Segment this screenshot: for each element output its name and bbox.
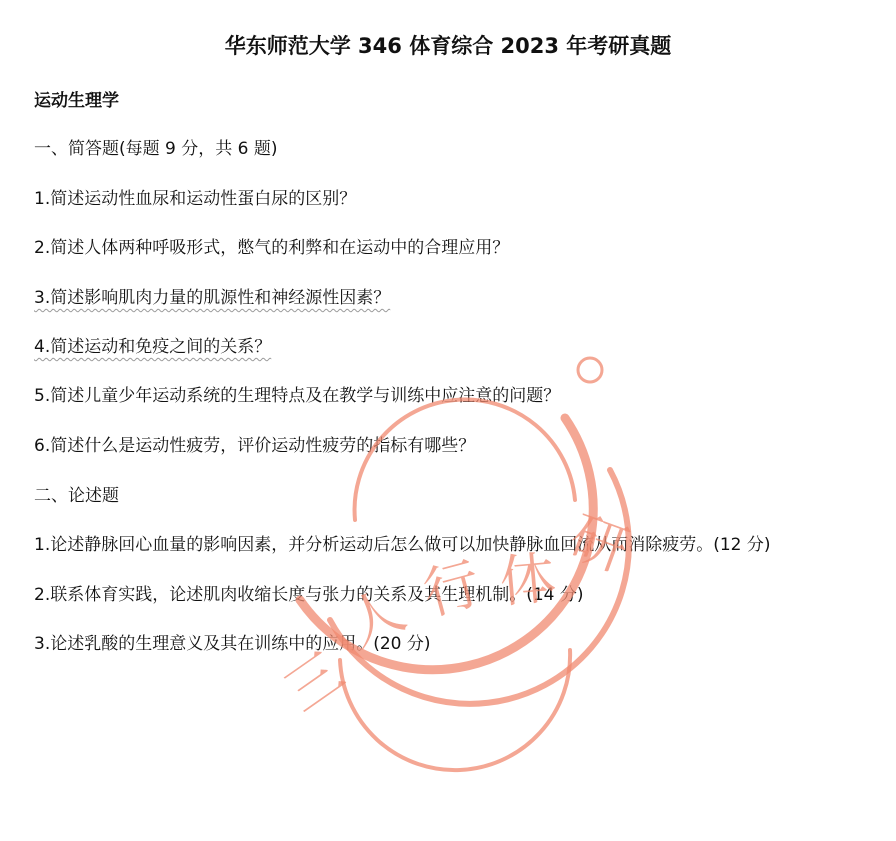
question-item: 2.简述人体两种呼吸形式，憋气的利弊和在运动中的合理应用？ [34, 233, 509, 258]
section-heading-short-answer: 一、简答题(每题 9 分，共 6 题) [34, 134, 278, 159]
question-item: 2.联系体育实践，论述肌肉收缩长度与张力的关系及其生理机制。(14 分) [34, 580, 584, 605]
question-item-spellcheck-underlined: 3.简述影响肌肉力量的肌源性和神经源性因素？ [34, 283, 390, 308]
question-item: 6.简述什么是运动性疲劳，评价运动性疲劳的指标有哪些？ [34, 431, 475, 456]
watermark-small-circle-icon [578, 358, 602, 382]
subject-heading: 运动生理学 [34, 86, 119, 111]
question-item: 1.论述静脉回心血量的影响因素，并分析运动后怎么做可以加快静脉血回流从而消除疲劳… [34, 530, 771, 555]
question-item: 5.简述儿童少年运动系统的生理特点及在教学与训练中应注意的问题？ [34, 381, 560, 406]
question-item: 1.简述运动性血尿和运动性蛋白尿的区别？ [34, 184, 356, 209]
watermark-stamp: 三 人 行 体 研 [0, 0, 896, 841]
question-item: 3.论述乳酸的生理意义及其在训练中的应用。(20 分) [34, 629, 431, 654]
page-title: 华东师范大学 346 体育综合 2023 年考研真题 [0, 30, 896, 60]
question-item-spellcheck-underlined: 4.简述运动和免疫之间的关系？ [34, 332, 271, 357]
section-heading-essay: 二、论述题 [34, 481, 119, 506]
